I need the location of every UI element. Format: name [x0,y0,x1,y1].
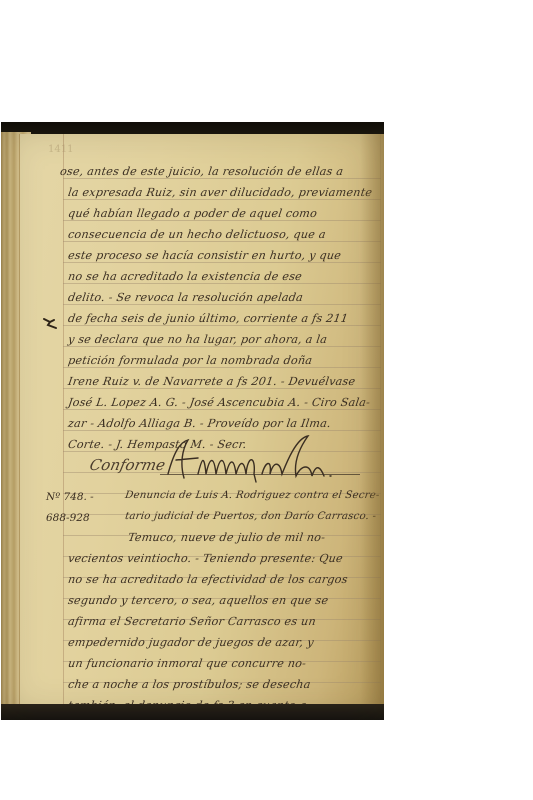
bottom-shadow [1,704,384,720]
page-curve-shadow [360,134,384,708]
signature-underline [160,474,360,475]
text-line: qué habían llegado a poder de aquel como [67,207,384,221]
text-line: la expresada Ruiz, sin aver dilucidado, … [67,186,384,200]
case-number: Nº 748. - [46,491,94,503]
text-line: Temuco, nueve de julio de mil no- [127,531,384,545]
text-line: vecientos veintiocho. - Teniendo present… [67,552,384,566]
text-line: petición formulada por la nombrada doña [67,354,384,368]
case-reference: 688-928 [46,512,90,524]
text-line: de fecha seis de junio último, corriente… [67,312,384,326]
signature-mark [158,434,358,484]
text-line: no se ha acreditado la existencia de ese [67,270,384,284]
text-line: ose, antes de este juicio, la resolución… [59,165,376,179]
faint-page-number: 1411 [48,144,73,155]
text-line: no se ha acreditado la efectividad de lo… [67,573,384,587]
text-line: delito. - Se revoca la resolución apelad… [67,291,384,305]
text-line: che a noche a los prostíbulos; se desech… [67,678,384,692]
text-line: consecuencia de un hecho delictuoso, que… [67,228,384,242]
margin-arrow-mark-icon [42,316,62,330]
document-photograph: 1411 ose, antes de este juicio, la resol… [1,122,384,720]
text-line: empedernido jugador de juegos de azar, y [67,636,384,650]
text-line: segundo y tercero, o sea, aquellos en qu… [67,594,384,608]
text-line: zar - Adolfo Alliaga B. - Proveído por l… [67,417,384,431]
text-line: José L. Lopez A. G. - José Ascencubia A.… [67,396,384,410]
text-line: afirma el Secretario Señor Carrasco es u… [67,615,384,629]
heading-line: Denuncia de Luis A. Rodriguez contra el … [124,489,384,503]
text-line: este proceso se hacía consistir en hurto… [67,249,384,263]
conforme-label: Conforme [88,456,167,474]
register-page: 1411 ose, antes de este juicio, la resol… [19,134,384,708]
heading-line: tario judicial de Puertos, don Darío Car… [124,510,384,524]
text-line: Irene Ruiz v. de Navarrete a fs 201. - D… [67,375,384,389]
text-line: y se declara que no ha lugar, por ahora,… [67,333,384,347]
text-line: un funcionario inmoral que concurre no- [67,657,384,671]
